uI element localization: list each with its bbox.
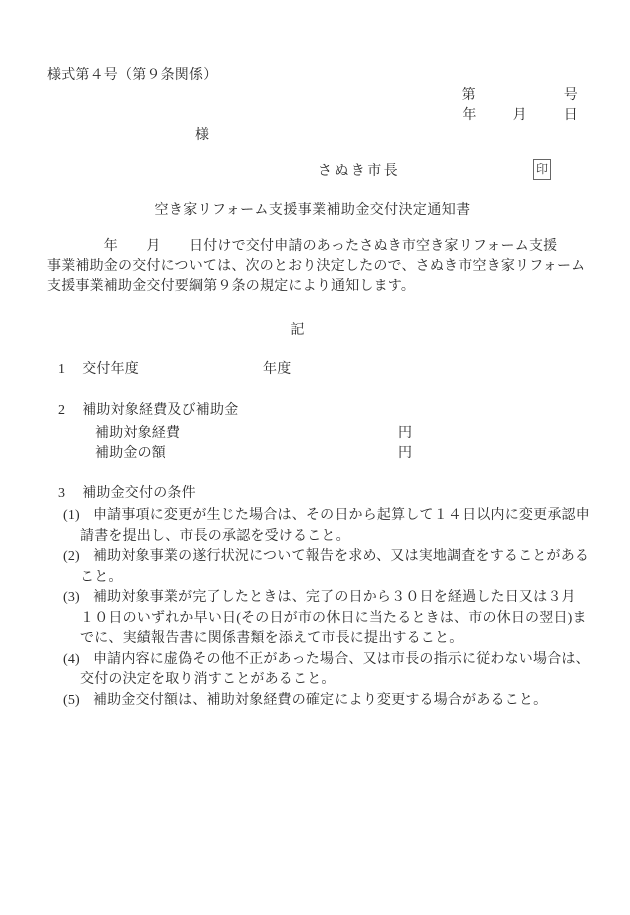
marker-gap <box>80 703 93 704</box>
date-day-label: 日 <box>564 108 578 123</box>
item-gap <box>65 496 82 497</box>
marker-gap <box>80 662 93 663</box>
condition-line: 請書を提出し、市長の承認を受けること。 <box>47 527 578 548</box>
date-day-blank <box>527 118 564 119</box>
condition-text: 補助金交付額は、補助対象経費の確定により変更する場合があること。 <box>93 693 547 708</box>
condition-line: (1)申請事項に変更が生じた場合は、その日から起算して１４日以内に変更承認申 <box>47 506 578 527</box>
condition-marker: (1) <box>63 508 80 523</box>
condition-line: (2)補助対象事業の遂行状況について報告を求め、又は実地調査をすることがある <box>47 547 578 568</box>
marker-gap <box>80 600 93 601</box>
condition-line: でに、実績報告書に関係書類を添えて市長に提出すること。 <box>47 629 578 650</box>
document-title: 空き家リフォーム支援事業補助金交付決定通知書 <box>47 201 578 221</box>
document-content: 様式第４号（第９条関係） 第号 年月日 様 さぬき市長印 空き家リフォーム支援事… <box>0 0 630 711</box>
ki-heading: 記 <box>47 321 548 341</box>
condition-text: 補助対象事業が完了したときは、完了の日から３０日を経過した日又は３月 <box>93 590 576 605</box>
form-number-label: 様式第４号（第９条関係） <box>47 66 578 86</box>
condition-text: 補助対象事業の遂行状況について報告を求め、又は実地調査をすることがある <box>93 549 589 564</box>
condition-item-5: (5)補助金交付額は、補助対象経費の確定により変更する場合があること。 <box>47 691 578 712</box>
fiscal-year-unit: 年度 <box>263 360 291 380</box>
doc-number-suffix: 号 <box>564 88 578 103</box>
condition-line: １０日のいずれか早い日(その日が市の休日に当たるときは、市の休日の翌日)ま <box>47 609 578 630</box>
expense-yen-unit: 円 <box>398 424 412 444</box>
condition-line: 交付の決定を取り消すことがあること。 <box>47 670 578 691</box>
item-subsidy: 2補助対象経費及び補助金 <box>47 401 578 421</box>
doc-number-prefix: 第 <box>462 88 476 103</box>
condition-line: (5)補助金交付額は、補助対象経費の確定により変更する場合があること。 <box>47 691 578 712</box>
item-label: 補助対象経費及び補助金 <box>82 403 238 418</box>
amount-label: 補助金の額 <box>95 446 166 461</box>
item-conditions: 3補助金交付の条件 <box>47 484 578 504</box>
condition-item-3: (3)補助対象事業が完了したときは、完了の日から３０日を経過した日又は３月 １０… <box>47 588 578 650</box>
item-number: 3 <box>58 486 65 501</box>
item-gap <box>65 413 82 414</box>
date-year-blank <box>477 118 513 119</box>
marker-gap <box>80 559 93 560</box>
item-label: 交付年度 <box>82 362 139 377</box>
expense-row: 補助対象経費円 <box>47 424 578 444</box>
date-year-label: 年 <box>462 108 476 123</box>
item-label: 補助金交付の条件 <box>82 486 196 501</box>
condition-line: こと。 <box>47 568 578 589</box>
body-paragraph: 年 月 日付けで交付申請のあったさぬき市空き家リフォーム支援 事業補助金の交付に… <box>47 237 578 297</box>
condition-text: 申請事項に変更が生じた場合は、その日から起算して１４日以内に変更承認申 <box>93 508 590 523</box>
doc-number-line: 第号 <box>47 86 578 106</box>
condition-marker: (3) <box>63 590 80 605</box>
sender-name: さぬき市長 <box>318 164 400 179</box>
condition-item-2: (2)補助対象事業の遂行状況について報告を求め、又は実地調査をすることがある こ… <box>47 547 578 588</box>
condition-line: (4)申請内容に虚偽その他不正があった場合、又は市長の指示に従わない場合は、 <box>47 650 578 671</box>
condition-item-4: (4)申請内容に虚偽その他不正があった場合、又は市長の指示に従わない場合は、 交… <box>47 650 578 691</box>
paragraph-line-1: 年 月 日付けで交付申請のあったさぬき市空き家リフォーム支援 <box>47 237 578 257</box>
condition-marker: (5) <box>63 693 80 708</box>
date-month-label: 月 <box>513 108 527 123</box>
condition-line: (3)補助対象事業が完了したときは、完了の日から３０日を経過した日又は３月 <box>47 588 578 609</box>
condition-text: 申請内容に虚偽その他不正があった場合、又は市長の指示に従わない場合は、 <box>93 652 590 667</box>
doc-number-blank <box>476 98 564 99</box>
sender-line: さぬき市長印 <box>47 162 578 182</box>
amount-row: 補助金の額円 <box>47 444 578 464</box>
condition-marker: (2) <box>63 549 80 564</box>
addressee-honorific: 様 <box>195 128 209 143</box>
addressee-line: 様 <box>47 126 578 146</box>
seal-stamp: 印 <box>533 159 551 180</box>
expense-label: 補助対象経費 <box>95 426 180 441</box>
date-line: 年月日 <box>47 106 578 126</box>
paragraph-line-3: 支援事業補助金交付要綱第９条の規定により通知します。 <box>47 277 578 297</box>
condition-item-1: (1)申請事項に変更が生じた場合は、その日から起算して１４日以内に変更承認申 請… <box>47 506 578 547</box>
document-page: 様式第４号（第９条関係） 第号 年月日 様 さぬき市長印 空き家リフォーム支援事… <box>0 0 630 915</box>
conditions-list: (1)申請事項に変更が生じた場合は、その日から起算して１４日以内に変更承認申 請… <box>47 506 578 711</box>
item-number: 1 <box>58 362 65 377</box>
item-grant-year: 1交付年度年度 <box>47 360 578 380</box>
amount-yen-unit: 円 <box>398 444 412 464</box>
paragraph-line-2: 事業補助金の交付については、次のとおり決定したので、さぬき市空き家リフォーム <box>47 257 578 277</box>
marker-gap <box>80 518 93 519</box>
item-number: 2 <box>58 403 65 418</box>
item-gap <box>65 372 82 373</box>
condition-marker: (4) <box>63 652 80 667</box>
